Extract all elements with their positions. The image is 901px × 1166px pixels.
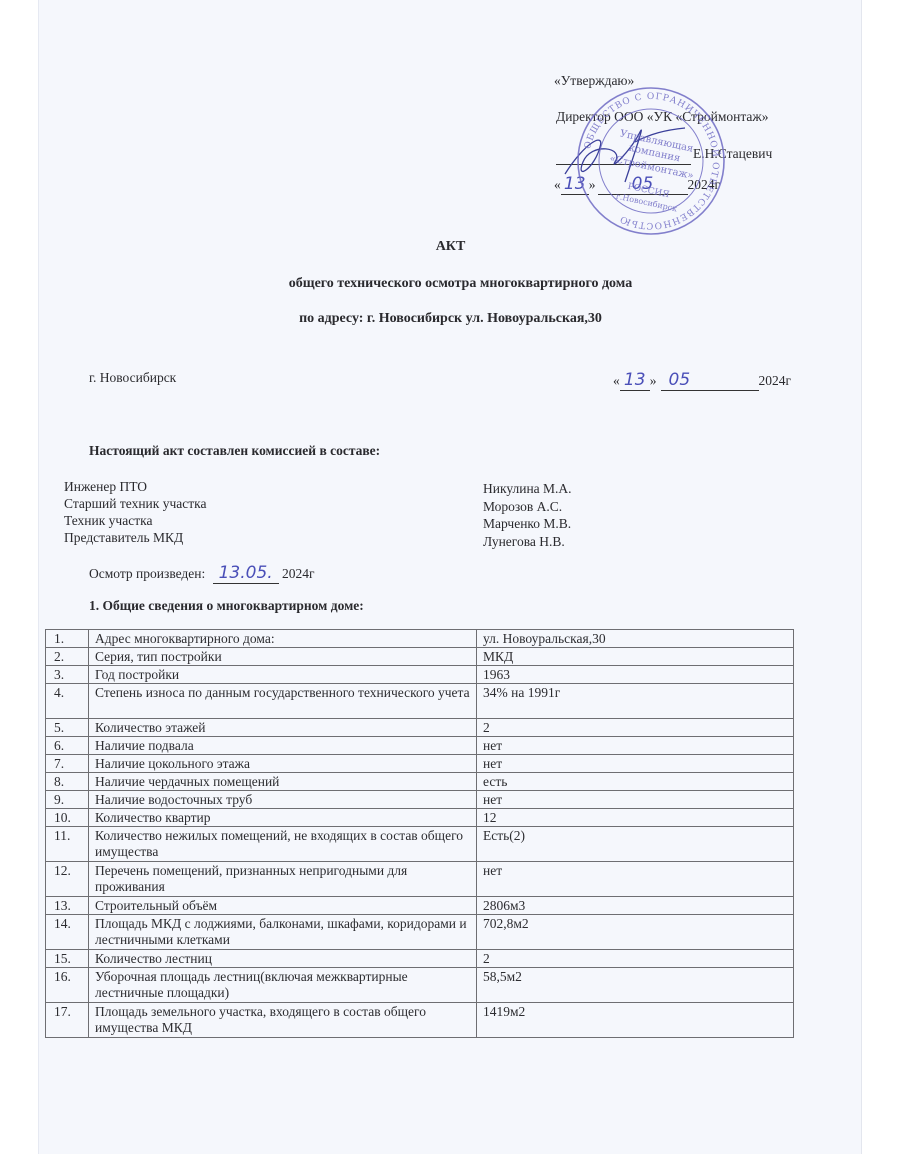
row-number: 15. <box>46 950 89 968</box>
row-value: 58,5м2 <box>477 968 794 1003</box>
table-row: 5.Количество этажей2 <box>46 719 794 737</box>
row-label: Наличие чердачных помещений <box>89 773 477 791</box>
row-value: 12 <box>477 809 794 827</box>
row-number: 10. <box>46 809 89 827</box>
table-row: 12.Перечень помещений, признанных неприг… <box>46 862 794 897</box>
row-value: есть <box>477 773 794 791</box>
row-label: Серия, тип постройки <box>89 648 477 666</box>
row-number: 9. <box>46 791 89 809</box>
row-number: 16. <box>46 968 89 1003</box>
row-value: нет <box>477 755 794 773</box>
row-label: Площадь МКД с лоджиями, балконами, шкафа… <box>89 915 477 950</box>
row-label: Количество этажей <box>89 719 477 737</box>
row-label: Количество квартир <box>89 809 477 827</box>
row-label: Площадь земельного участка, входящего в … <box>89 1003 477 1038</box>
row-value: нет <box>477 791 794 809</box>
row-value: 1963 <box>477 666 794 684</box>
row-value: 34% на 1991г <box>477 684 794 719</box>
row-number: 13. <box>46 897 89 915</box>
building-info-table: 1.Адрес многоквартирного дома:ул. Новоур… <box>45 629 794 1038</box>
table-row: 14.Площадь МКД с лоджиями, балконами, шк… <box>46 915 794 950</box>
row-value: нет <box>477 862 794 897</box>
row-number: 5. <box>46 719 89 737</box>
table-row: 11.Количество нежилых помещений, не вход… <box>46 827 794 862</box>
row-value: 2806м3 <box>477 897 794 915</box>
row-label: Уборочная площадь лестниц(включая межква… <box>89 968 477 1003</box>
quote-close: » <box>650 373 657 388</box>
row-value: Есть(2) <box>477 827 794 862</box>
document-title: АКТ <box>0 239 901 255</box>
table-row: 7.Наличие цокольного этажанет <box>46 755 794 773</box>
table-row: 1.Адрес многоквартирного дома:ул. Новоур… <box>46 630 794 648</box>
row-number: 14. <box>46 915 89 950</box>
approval-heading: «Утверждаю» <box>554 73 634 89</box>
quote-open: « <box>613 373 620 388</box>
row-label: Год постройки <box>89 666 477 684</box>
row-label: Степень износа по данным государственног… <box>89 684 477 719</box>
table-row: 6.Наличие подваланет <box>46 737 794 755</box>
commission-role: Представитель МКД <box>64 529 206 546</box>
row-value: 702,8м2 <box>477 915 794 950</box>
table-row: 13.Строительный объём2806м3 <box>46 897 794 915</box>
inspection-label: Осмотр произведен: <box>89 566 205 581</box>
approval-signatory: Е.Н.Стацевич <box>693 146 772 162</box>
row-label: Адрес многоквартирного дома: <box>89 630 477 648</box>
commission-name: Лунегова Н.В. <box>483 533 572 551</box>
row-label: Перечень помещений, признанных непригодн… <box>89 862 477 897</box>
signature-icon <box>555 112 695 192</box>
row-number: 17. <box>46 1003 89 1038</box>
row-label: Наличие цокольного этажа <box>89 755 477 773</box>
row-label: Наличие водосточных труб <box>89 791 477 809</box>
row-number: 8. <box>46 773 89 791</box>
place-date-month: 05 <box>661 370 759 391</box>
table-row: 8.Наличие чердачных помещенийесть <box>46 773 794 791</box>
row-number: 7. <box>46 755 89 773</box>
row-value: МКД <box>477 648 794 666</box>
table-row: 9.Наличие водосточных трубнет <box>46 791 794 809</box>
commission-role: Техник участка <box>64 512 206 529</box>
row-number: 1. <box>46 630 89 648</box>
table-row: 10.Количество квартир12 <box>46 809 794 827</box>
row-value: 2 <box>477 719 794 737</box>
table-row: 3.Год постройки1963 <box>46 666 794 684</box>
row-label: Наличие подвала <box>89 737 477 755</box>
table-row: 4.Степень износа по данным государственн… <box>46 684 794 719</box>
document-subtitle: общего технического осмотра многоквартир… <box>0 276 901 292</box>
inspection-year: 2024г <box>282 566 315 581</box>
document-address: по адресу: г. Новосибирск ул. Новоуральс… <box>0 311 901 327</box>
commission-names: Никулина М.А. Морозов А.С. Марченко М.В.… <box>483 480 572 550</box>
commission-role: Инженер ПТО <box>64 478 206 495</box>
row-value: ул. Новоуральская,30 <box>477 630 794 648</box>
row-number: 11. <box>46 827 89 862</box>
inspection-date-handwritten: 13.05. <box>213 563 279 584</box>
table-row: 2.Серия, тип постройкиМКД <box>46 648 794 666</box>
commission-heading: Настоящий акт составлен комиссией в сост… <box>89 443 380 459</box>
table-row: 15.Количество лестниц2 <box>46 950 794 968</box>
commission-name: Марченко М.В. <box>483 515 572 533</box>
commission-role: Старший техник участка <box>64 495 206 512</box>
commission-name: Никулина М.А. <box>483 480 572 498</box>
row-number: 12. <box>46 862 89 897</box>
section1-heading: 1. Общие сведения о многоквартирном доме… <box>89 598 364 614</box>
row-number: 2. <box>46 648 89 666</box>
row-number: 6. <box>46 737 89 755</box>
row-value: 2 <box>477 950 794 968</box>
row-value: нет <box>477 737 794 755</box>
row-label: Количество нежилых помещений, не входящи… <box>89 827 477 862</box>
place-date: «13»052024г <box>613 370 791 391</box>
row-number: 3. <box>46 666 89 684</box>
row-value: 1419м2 <box>477 1003 794 1038</box>
row-label: Количество лестниц <box>89 950 477 968</box>
table-row: 16.Уборочная площадь лестниц(включая меж… <box>46 968 794 1003</box>
inspection-date: Осмотр произведен: 13.05. 2024г <box>89 563 315 584</box>
row-number: 4. <box>46 684 89 719</box>
place-date-year: 2024г <box>759 373 792 388</box>
place-city: г. Новосибирск <box>89 370 176 386</box>
table-row: 17.Площадь земельного участка, входящего… <box>46 1003 794 1038</box>
place-date-day: 13 <box>620 370 650 391</box>
row-label: Строительный объём <box>89 897 477 915</box>
commission-name: Морозов А.С. <box>483 498 572 516</box>
commission-roles: Инженер ПТО Старший техник участка Техни… <box>64 478 206 546</box>
